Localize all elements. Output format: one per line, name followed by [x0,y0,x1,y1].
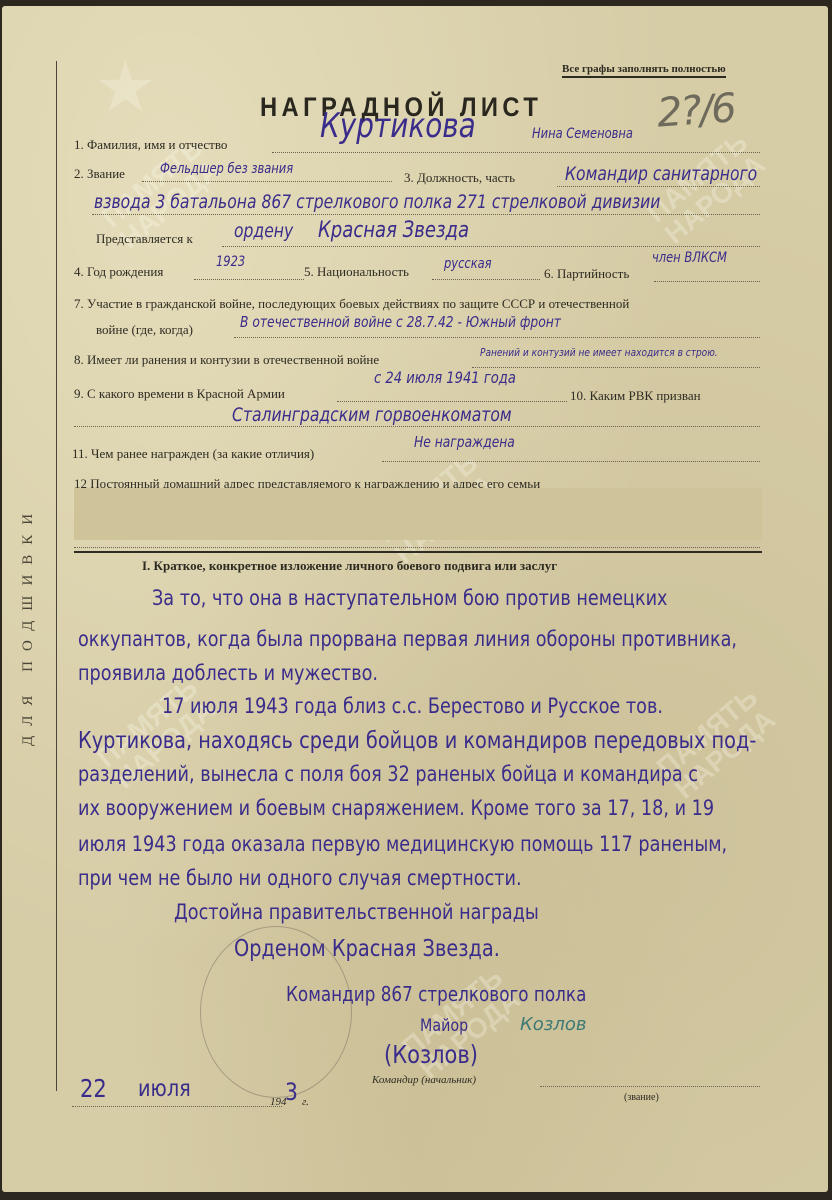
watermark-line2: НАРОДА [670,705,781,804]
stamp-circle [200,926,352,1098]
field-5-label: 5. Национальность [304,264,409,280]
presented-line [222,246,760,247]
field-5-line [432,279,540,280]
field-3-value-line1: Командир санитарного [565,163,757,185]
narrative-line-4: 17 июля 1943 года близ с.с. Берестово и … [162,694,663,718]
section-1-title: I. Краткое, конкретное изложение личного… [142,558,557,574]
field-1-label: 1. Фамилия, имя и отчество [74,137,227,153]
field-2-line [142,181,392,182]
narrative-line-5: Куртикова, находясь среди бойцов и коман… [78,728,756,754]
narrative-line-7: их вооружением и боевым снаряжением. Кро… [78,796,714,820]
signature-name: (Козлов) [384,1040,478,1069]
binding-label: ДЛЯ ПОДШИВКИ [20,504,37,746]
signature-rank: Майор [420,1016,468,1036]
binding-margin-line [56,61,57,1091]
presented-prefix: ордену [234,220,293,242]
field-12-line [74,547,760,548]
field-6-line [654,281,760,282]
field-7-line [234,337,760,338]
field-2-label: 2. Звание [74,166,125,182]
narrative-line-10: Достойна правительственной награды [174,900,539,924]
field-9-label: 9. С какого времени в Красной Армии [74,386,285,402]
field-3-label: 3. Должность, часть [404,170,515,186]
narrative-line-3: проявила доблесть и мужество. [78,661,378,685]
field-8-value: Ранений и контузий не имеет находится в … [480,346,718,359]
narrative-line-6: разделений, вынесла с поля боя 32 ранены… [78,762,698,786]
date-month: июля [138,1076,191,1102]
commander-line [540,1086,760,1087]
rank-label: (звание) [624,1092,659,1103]
field-2-value: Фельдшер без звания [160,161,293,177]
field-10-value: Сталинградским горвоенкоматом [232,404,512,426]
field-11-value: Не награждена [414,433,515,451]
field-1-name: Нина Семеновна [532,126,633,142]
field-4-value: 1923 [216,254,245,270]
fill-instructions: Все графы заполнять полностью [562,63,726,78]
award-sheet-paper: ★ ПАМЯТЬ НАРОДА ПАМЯТЬ НАРОДА ПАМЯТЬ НАР… [2,6,828,1192]
narrative-line-2: оккупантов, когда была прорвана первая л… [78,627,737,651]
field-6-value: член ВЛКСМ [652,250,727,266]
field-11-label: 11. Чем ранее награжден (за какие отличи… [72,446,314,462]
field-5-value: русская [444,256,492,272]
date-line [72,1106,282,1107]
narrative-line-1: За то, что она в наступательном бою прот… [152,586,667,610]
signature-position: Командир 867 стрелкового полка [286,982,586,1006]
field-10-line [74,426,760,427]
field-11-line [382,461,760,462]
date-year-label: г. [302,1096,309,1108]
field-1-surname: Куртикова [320,106,476,146]
presented-label: Представляется к [96,231,193,247]
address-redaction [74,488,762,540]
watermark-star-icon: ★ [94,46,157,129]
date-year-suffix: 3 [285,1078,298,1106]
field-3-line2 [92,214,760,215]
presented-award: Красная Звезда [318,218,469,243]
archive-number: 2?/6 [655,85,736,136]
field-9-value: с 24 июля 1941 года [374,368,516,387]
field-8-label: 8. Имеет ли ранения и контузии в отечест… [74,352,379,368]
watermark-line1: ПАМЯТЬ [92,673,203,772]
field-7-label-line2: войне (где, когда) [96,322,193,338]
field-1-line [272,152,760,153]
narrative-line-9: при чем не было ни одного случая смертно… [78,866,522,890]
field-7-value: В отечественной войне с 28.7.42 - Южный … [240,313,561,331]
field-3-value-line2: взвода 3 батальона 867 стрелкового полка… [94,191,660,213]
date-day: 22 [80,1074,107,1103]
field-4-label: 4. Год рождения [74,264,163,280]
field-10-label: 10. Каким РВК призван [570,388,701,404]
field-4-line [194,279,304,280]
field-9-line [337,401,567,402]
field-6-label: 6. Партийность [544,266,629,282]
field-7-label-line1: 7. Участие в гражданской войне, последую… [74,296,629,312]
field-3-line [557,186,760,187]
commander-label: Командир (начальник) [372,1074,476,1086]
watermark-right: ПАМЯТЬ НАРОДА [642,128,771,249]
signature-scrawl: Козлов [520,1014,587,1035]
section-divider [74,551,762,553]
narrative-line-8: июля 1943 года оказала первую медицинску… [78,832,727,856]
